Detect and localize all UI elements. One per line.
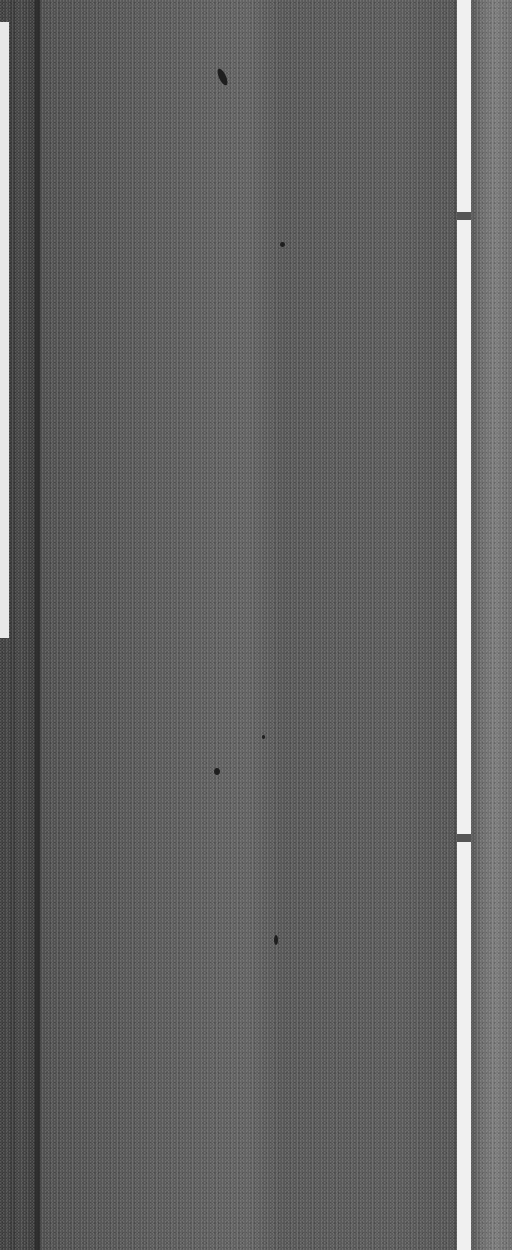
lane-line-segment [457,842,471,1250]
tar-spot [280,242,285,247]
left-edge-marking [0,22,9,638]
lane-line-segment [457,220,471,834]
tar-spot [214,768,220,775]
lane-line-gap [457,212,471,220]
tar-spot [274,935,278,945]
road-surface [0,0,512,1250]
tar-spot [262,735,265,739]
asphalt-texture [0,0,512,1250]
lane-line-segment [457,0,471,212]
curb-line [35,0,40,1250]
lane-line-gap [457,834,471,842]
